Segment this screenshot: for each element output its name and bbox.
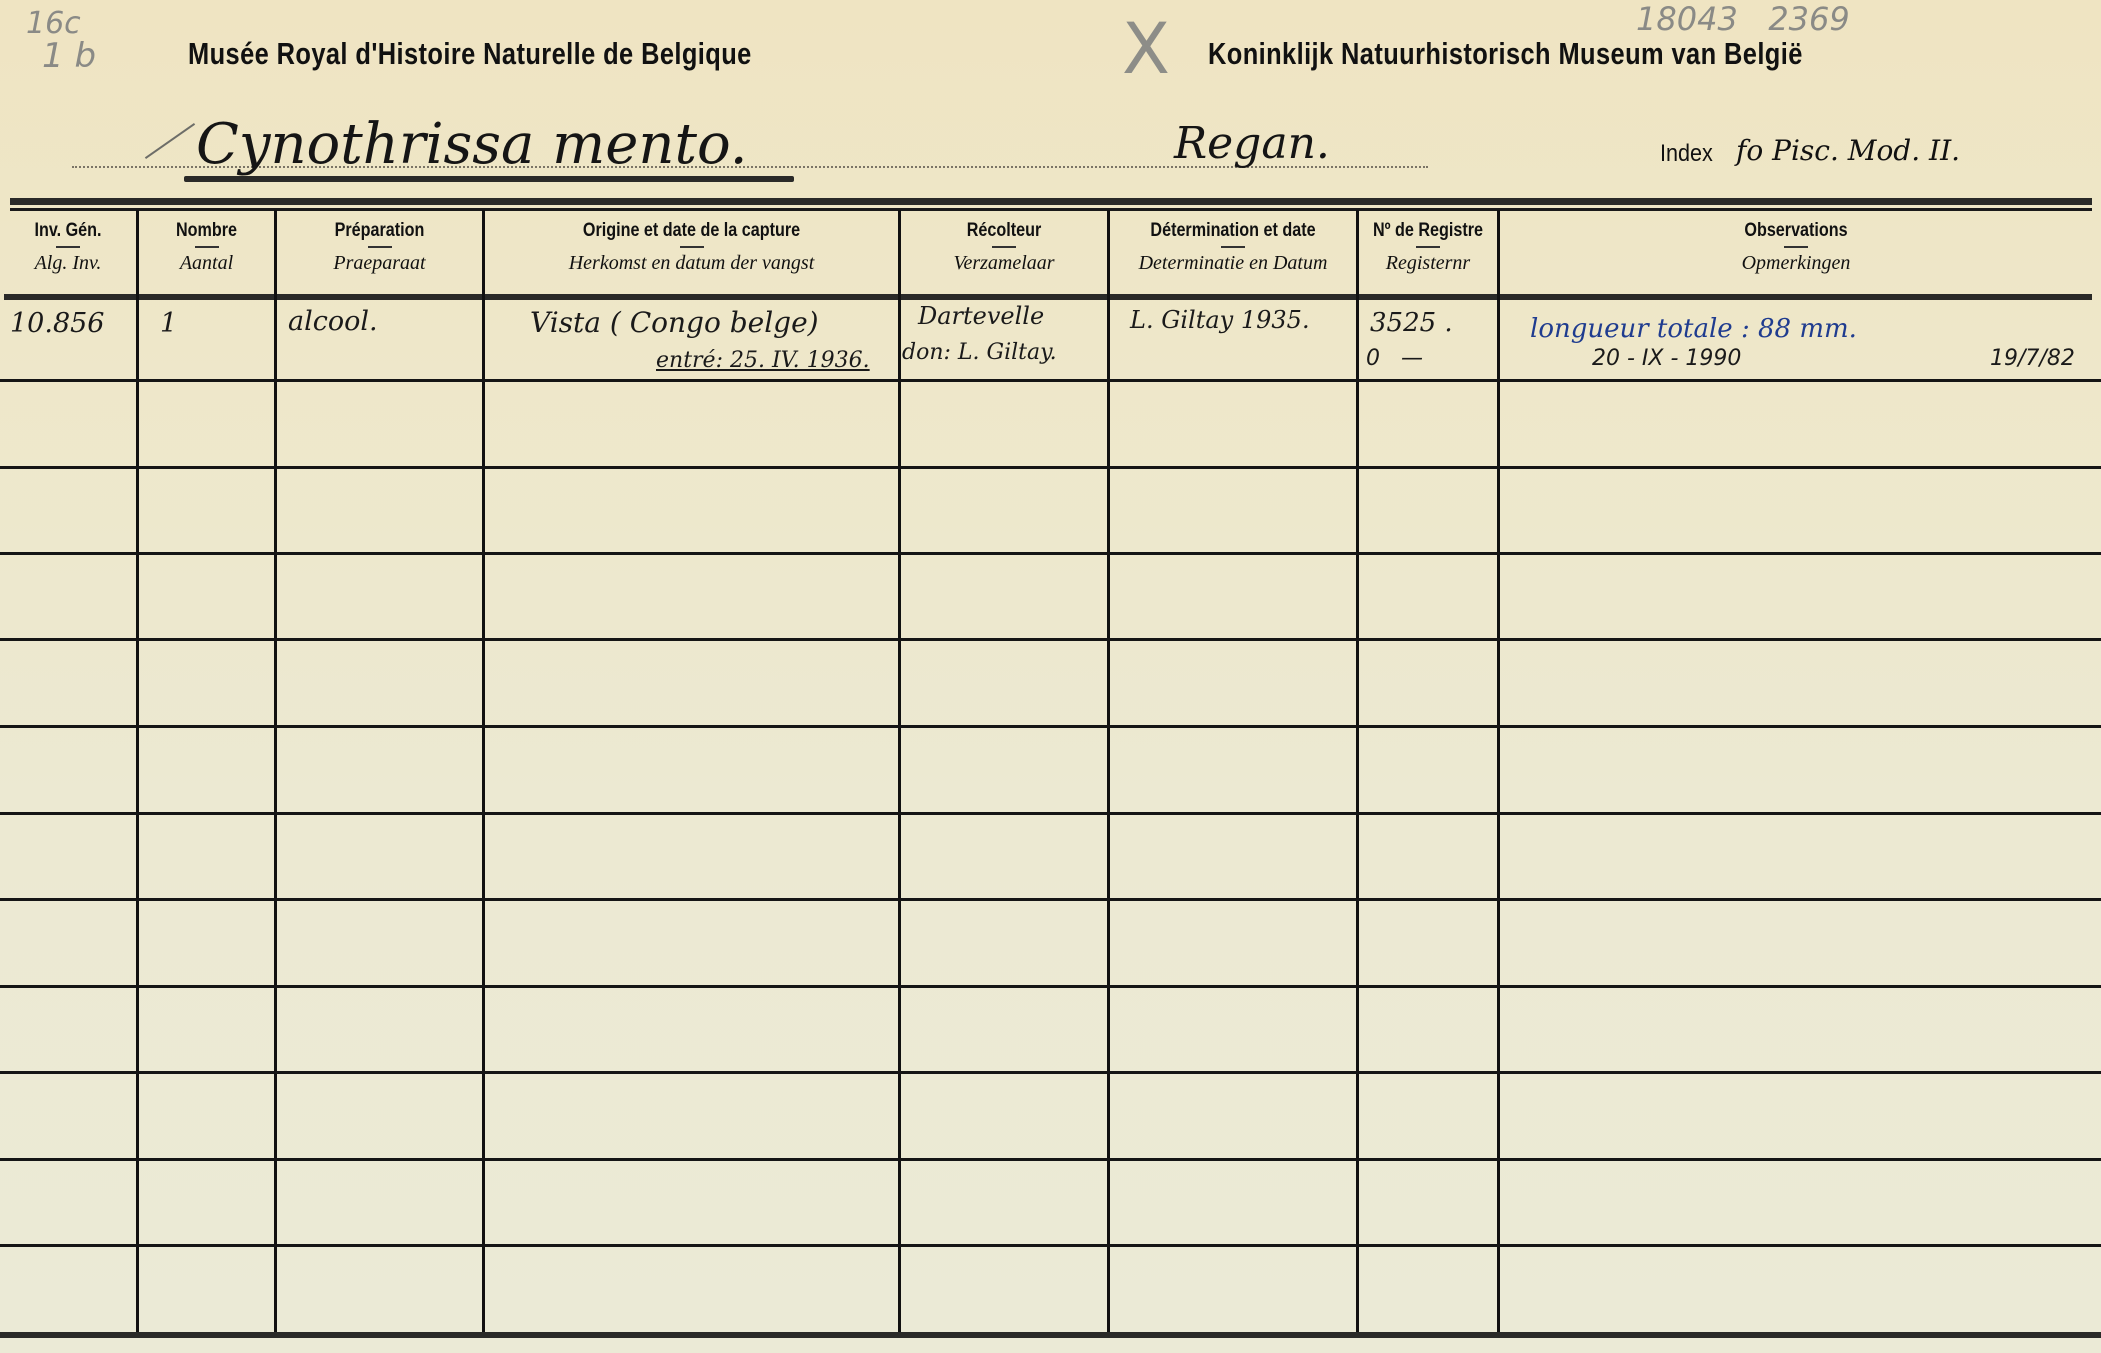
- row-line: [0, 552, 2101, 555]
- catalog-numbers: 18043 2369: [1636, 0, 1850, 38]
- row-line: [0, 985, 2101, 988]
- header-register-fr: Nº de Registre: [1369, 220, 1486, 242]
- header-count-fr: Nombre: [149, 220, 264, 242]
- header-register-nl: Registernr: [1359, 252, 1497, 275]
- index-value: fo Pisc. Mod. II.: [1736, 134, 1960, 167]
- header-origin-nl: Herkomst en datum der vangst: [485, 252, 898, 275]
- institution-title-fr: Musée Royal d'Histoire Naturelle de Belg…: [188, 36, 752, 72]
- header-dash: [1221, 246, 1245, 248]
- header-collector-fr: Récolteur: [916, 220, 1091, 242]
- header-count-nl: Aantal: [139, 252, 274, 275]
- header-preparation-fr: Préparation: [292, 220, 466, 242]
- header-preparation-nl: Praeparaat: [277, 252, 482, 275]
- row-line: [0, 1071, 2101, 1074]
- header-register: Nº de Registre Registernr: [1359, 210, 1497, 296]
- header-observations: Observations Opmerkingen: [1500, 210, 2092, 296]
- margin-note-bottom: 1 b: [42, 36, 96, 76]
- header-origin: Origine et date de la capture Herkomst e…: [485, 210, 898, 296]
- header-determination-nl: Determinatie en Datum: [1110, 252, 1356, 275]
- row-line: [0, 379, 2101, 382]
- row-line: [0, 638, 2101, 641]
- index-label: Index: [1660, 140, 1713, 168]
- cell-origin-line2: entré: 25. IV. 1936.: [656, 348, 870, 373]
- header-count: Nombre Aantal: [139, 210, 274, 296]
- row-line: [0, 812, 2101, 815]
- header-dash: [680, 246, 704, 248]
- header-dash: [368, 246, 392, 248]
- cell-observation-pencil: 20 - IX - 1990: [1592, 346, 1741, 371]
- header-inv-fr: Inv. Gén.: [10, 220, 126, 242]
- cell-collector-line1: Dartevelle: [918, 302, 1044, 330]
- header-collector: Récolteur Verzamelaar: [901, 210, 1107, 296]
- institution-title-nl: Koninklijk Natuurhistorisch Museum van B…: [1208, 36, 1803, 72]
- cell-origin-line1: Vista ( Congo belge): [530, 306, 819, 339]
- row-line: [0, 1244, 2101, 1247]
- bottom-rule: [0, 1332, 2101, 1338]
- header-dash: [56, 246, 80, 248]
- header-dash: [1784, 246, 1808, 248]
- cross-mark: X: [1122, 8, 1170, 90]
- cell-observation-date: 19/7/82: [1990, 346, 2075, 371]
- header-dash: [1416, 246, 1440, 248]
- species-underline: [184, 176, 794, 182]
- row-line: [0, 466, 2101, 469]
- cell-preparation: alcool.: [288, 306, 378, 337]
- header-origin-fr: Origine et date de la capture: [516, 220, 867, 242]
- header-observations-nl: Opmerkingen: [1500, 252, 2092, 275]
- species-underline-stroke: [145, 123, 195, 159]
- top-rule-thick: [10, 198, 2092, 205]
- header-dash: [195, 246, 219, 248]
- header-collector-nl: Verzamelaar: [901, 252, 1107, 275]
- header-preparation: Préparation Praeparaat: [277, 210, 482, 296]
- header-inv-nl: Alg. Inv.: [0, 252, 136, 275]
- cell-register: 3525 .: [1370, 308, 1453, 338]
- row-line: [0, 898, 2101, 901]
- header-dash: [992, 246, 1016, 248]
- header-determination: Détermination et date Determinatie en Da…: [1110, 210, 1356, 296]
- cell-collector-line2: don: L. Giltay.: [902, 340, 1057, 365]
- species-author: Regan.: [1174, 118, 1330, 169]
- header-observations-fr: Observations: [1544, 220, 2047, 242]
- cell-inv: 10.856: [10, 308, 104, 339]
- cell-determination: L. Giltay 1935.: [1130, 306, 1310, 334]
- species-name: Cynothrissa mento.: [196, 112, 748, 177]
- row-line: [0, 1158, 2101, 1161]
- row-line: [0, 725, 2101, 728]
- cell-count: 1: [160, 308, 177, 339]
- cell-observation: longueur totale : 88 mm.: [1530, 314, 1857, 344]
- cell-register-pencil: 0 —: [1366, 346, 1423, 371]
- header-determination-fr: Détermination et date: [1128, 220, 1337, 242]
- header-inv: Inv. Gén. Alg. Inv.: [0, 210, 136, 296]
